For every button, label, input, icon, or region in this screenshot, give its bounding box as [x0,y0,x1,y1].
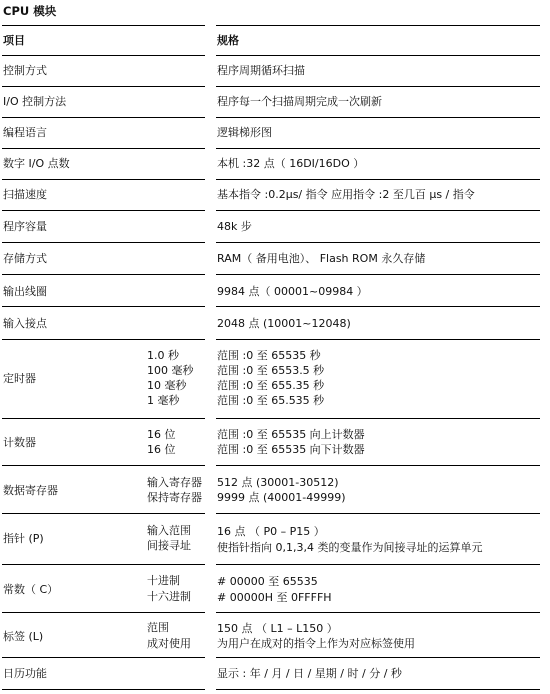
divider [2,513,205,514]
divider [216,513,540,514]
divider [216,55,540,56]
divider [2,339,205,340]
row-sub: 十进制 [147,573,180,588]
row-sub: 16 位 [147,427,176,442]
row-item: 常数（ C） [3,582,58,597]
row-item: 输出线圈 [3,284,47,299]
divider [216,210,540,211]
row-item: 扫描速度 [3,187,47,202]
divider [2,210,205,211]
divider [216,117,540,118]
row-item: 定时器 [3,371,36,386]
row-sub: 10 毫秒 [147,378,187,393]
row-sub: 输入范围 [147,523,191,538]
row-spec: 2048 点 (10001~12048) [217,316,351,331]
divider [2,657,205,658]
header-item: 项目 [3,33,25,48]
row-sub: 间接寻址 [147,538,191,553]
row-sub: 1.0 秒 [147,348,179,363]
divider [216,465,540,466]
row-sub: 成对使用 [147,636,191,651]
row-item: 日历功能 [3,666,47,681]
row-spec: 范围 :0 至 6553.5 秒 [217,363,324,378]
row-spec: 9984 点（ 00001~09984 ） [217,284,368,299]
row-spec: 16 点 （ P0 – P15 ） [217,524,325,539]
row-spec: 本机 :32 点（ 16DI/16DO ） [217,156,364,171]
row-item: 标签 (L) [3,629,43,644]
divider [216,148,540,149]
row-spec: 范围 :0 至 65.535 秒 [217,393,324,408]
divider [2,242,205,243]
row-sub: 十六进制 [147,589,191,604]
row-spec: RAM（ 备用电池）、 Flash ROM 永久存储 [217,251,425,266]
divider [216,86,540,87]
row-spec: 为用户在成对的指令上作为对应标签使用 [217,636,415,651]
row-item: 计数器 [3,435,36,450]
row-spec: 显示 : 年 / 月 / 日 / 星期 / 时 / 分 / 秒 [217,666,402,681]
row-spec: 基本指令 :0.2μs/ 指令 应用指令 :2 至几百 μs / 指令 [217,187,475,202]
row-spec: 9999 点 (40001-49999) [217,490,346,505]
row-spec: 使指针指向 0,1,3,4 类的变量作为间接寻址的运算单元 [217,540,482,555]
row-item: I/O 控制方法 [3,94,66,109]
divider [216,339,540,340]
divider [216,612,540,613]
row-spec: 程序周期循环扫描 [217,63,305,78]
row-spec: 范围 :0 至 65535 向上计数器 [217,427,365,442]
divider [216,564,540,565]
row-spec: 程序每一个扫描周期完成一次刷新 [217,94,382,109]
divider [2,689,205,690]
divider [216,179,540,180]
row-spec: 48k 步 [217,219,252,234]
divider [216,657,540,658]
row-spec: 逻辑梯形图 [217,125,272,140]
divider [2,465,205,466]
row-spec: 150 点 （ L1 – L150 ） [217,621,338,636]
row-item: 程序容量 [3,219,47,234]
divider [216,418,540,419]
row-sub: 保持寄存器 [147,490,202,505]
divider [2,306,205,307]
row-item: 控制方式 [3,63,47,78]
divider [216,25,540,26]
row-item: 输入接点 [3,316,47,331]
divider [2,25,205,26]
row-spec: 512 点 (30001-30512) [217,475,339,490]
document-title: CPU 模块 [3,3,56,19]
row-sub: 100 毫秒 [147,363,194,378]
row-spec: # 00000 至 65535 [217,574,318,589]
divider [2,117,205,118]
row-item: 数据寄存器 [3,483,58,498]
divider [2,86,205,87]
divider [216,242,540,243]
divider [2,179,205,180]
divider [2,564,205,565]
divider [216,689,540,690]
row-sub: 16 位 [147,442,176,457]
row-sub: 1 毫秒 [147,393,180,408]
row-spec: 范围 :0 至 655.35 秒 [217,378,324,393]
divider [2,418,205,419]
divider [2,148,205,149]
header-spec: 规格 [217,33,239,48]
row-item: 指针 (P) [3,531,44,546]
row-item: 编程语言 [3,125,47,140]
row-spec: 范围 :0 至 65535 秒 [217,348,321,363]
divider [2,274,205,275]
row-item: 数字 I/O 点数 [3,156,70,171]
row-spec: # 00000H 至 0FFFFH [217,590,332,605]
divider [216,274,540,275]
row-sub: 范围 [147,620,169,635]
divider [2,55,205,56]
row-spec: 范围 :0 至 65535 向下计数器 [217,442,365,457]
row-sub: 输入寄存器 [147,475,202,490]
row-item: 存储方式 [3,251,47,266]
divider [2,612,205,613]
divider [216,306,540,307]
